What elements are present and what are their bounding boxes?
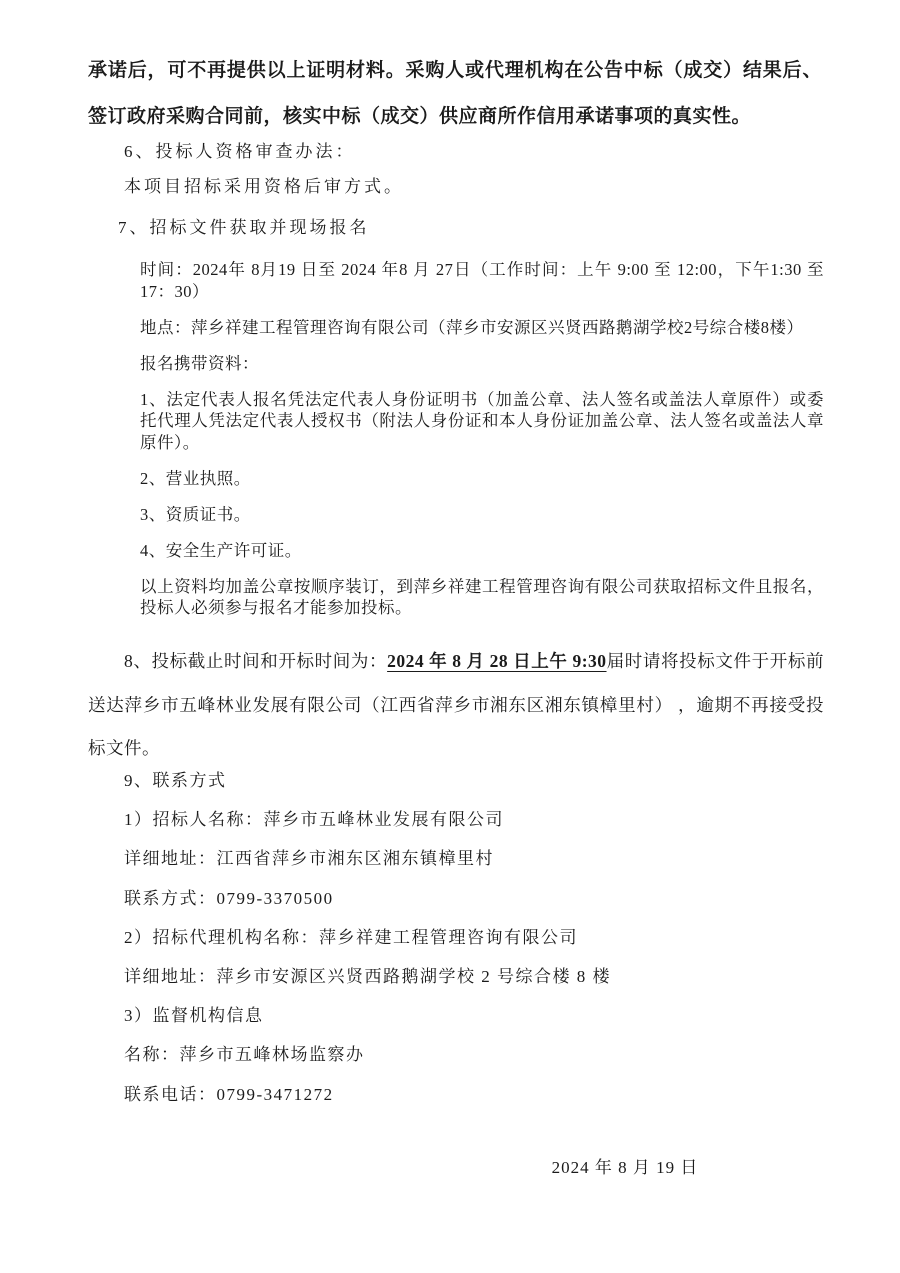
- section8-deadline: 2024 年 8 月 28 日上午 9:30: [387, 651, 606, 671]
- section6-heading: 6、投标人资格审查办法：: [124, 140, 356, 164]
- section8-prefix: 8、投标截止时间和开标时间为：: [124, 651, 387, 671]
- document-date: 2024 年 8 月 19 日: [450, 1156, 800, 1180]
- section9-line-supervisor-name: 名称：萍乡市五峰林场监察办: [124, 1035, 824, 1074]
- section8-paragraph: 8、投标截止时间和开标时间为：2024 年 8 月 28 日上午 9:30届时请…: [88, 640, 824, 771]
- section9-line-buyer-phone: 联系方式：0799-3370500: [124, 879, 824, 918]
- document-page: 承诺后，可不再提供以上证明材料。采购人或代理机构在公告中标（成交）结果后、签订政…: [0, 0, 900, 1273]
- section9-line-agency-name: 2）招标代理机构名称：萍乡祥建工程管理咨询有限公司: [124, 918, 824, 957]
- section9-line-buyer-name: 1）招标人名称：萍乡市五峰林业发展有限公司: [124, 800, 824, 839]
- section7-location: 地点：萍乡祥建工程管理咨询有限公司（萍乡市安源区兴贤西路鹅湖学校2号综合楼8楼）: [140, 317, 824, 339]
- intro-paragraph: 承诺后，可不再提供以上证明材料。采购人或代理机构在公告中标（成交）结果后、签订政…: [88, 48, 822, 140]
- section9-line-supervisor-phone: 联系电话：0799-3471272: [124, 1075, 824, 1114]
- section7-note: 以上资料均加盖公章按顺序装订，到萍乡祥建工程管理咨询有限公司获取招标文件且报名，…: [140, 576, 824, 619]
- section7-material-item: 2、营业执照。: [140, 468, 824, 490]
- section9-heading: 9、联系方式: [124, 761, 824, 800]
- section9-line-agency-address: 详细地址：萍乡市安源区兴贤西路鹅湖学校 2 号综合楼 8 楼: [124, 957, 824, 996]
- section6-body: 本项目招标采用资格后审方式。: [124, 175, 404, 199]
- section9-line-buyer-address: 详细地址：江西省萍乡市湘东区湘东镇樟里村: [124, 839, 824, 878]
- section9-line-supervisor-title: 3）监督机构信息: [124, 996, 824, 1035]
- section9-contacts: 9、联系方式 1）招标人名称：萍乡市五峰林业发展有限公司 详细地址：江西省萍乡市…: [124, 761, 824, 1114]
- section7-material-item: 3、资质证书。: [140, 504, 824, 526]
- section7-heading: 7、招标文件获取并现场报名: [118, 216, 370, 240]
- section7-materials-title: 报名携带资料：: [140, 353, 824, 375]
- section7-material-item: 4、安全生产许可证。: [140, 540, 824, 562]
- section7-time: 时间：2024年 8月19 日至 2024 年8 月 27日（工作时间：上午 9…: [140, 259, 824, 302]
- section7-material-item: 1、法定代表人报名凭法定代表人身份证明书（加盖公章、法人签名或盖法人章原件）或委…: [140, 389, 824, 454]
- section7-content: 时间：2024年 8月19 日至 2024 年8 月 27日（工作时间：上午 9…: [140, 259, 824, 633]
